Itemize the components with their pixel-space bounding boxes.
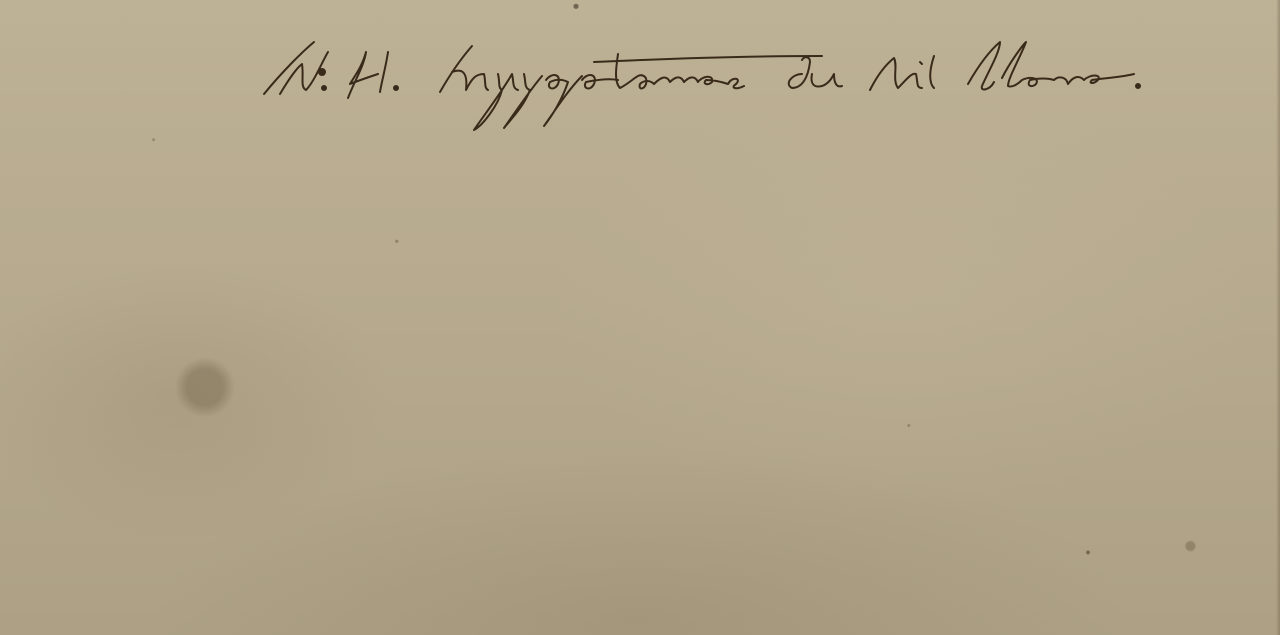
handwritten-inscription: N°. 41. hippopotames du Nil blanc. <box>262 22 1142 132</box>
inscription-text: N°. 41. hippopotames du Nil blanc. <box>262 56 1046 102</box>
card-back: N°. 41. hippopotames du Nil blanc. <box>0 0 1280 635</box>
